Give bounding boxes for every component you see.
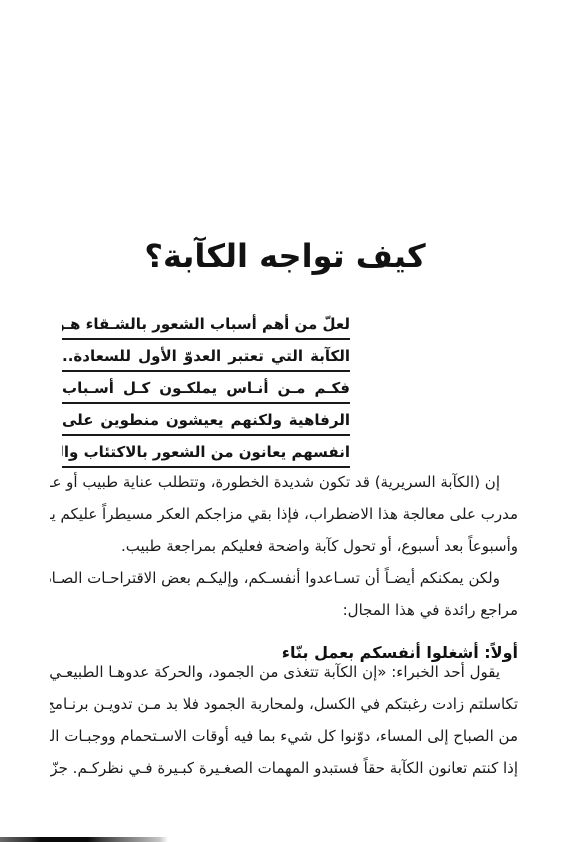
intro-paragraph: لعلّ من أهم أسباب الشعور بالشـقاء هـو ال… [62,312,350,472]
intro-line: لعلّ من أهم أسباب الشعور بالشـقاء هـو [62,312,350,340]
intro-line: فكـم مـن أنـاس يملكـون كـل أسـباب [62,376,350,404]
paragraph-line: إن (الكآبة السريرية) قد تكون شديدة الخطو… [50,466,518,498]
paragraph-clinical-depression: إن (الكآبة السريرية) قد تكون شديدة الخطو… [50,466,518,562]
paragraph-line: تكاسلتم زادت رغبتكم في الكسل، ولمحاربة ا… [50,688,518,720]
paragraph-line: إذا كنتم تعانون الكآبة حقاً فستبدو المهم… [50,752,518,784]
paragraph-line: مراجع رائدة في هذا المجال: [50,594,518,626]
paragraph-line: مدرب على معالجة هذا الاضطراب، فإذا بقي م… [50,498,518,530]
intro-line: الرفاهية ولكنهم يعيشون منطوين على [62,408,350,436]
paragraph-line: وأسبوعاً بعد أسبوع، أو تحول كآبة واضحة ف… [50,530,518,562]
page-title: كيف تواجه الكآبة؟ [50,237,520,275]
paragraph-expert-advice: يقول أحد الخبراء: «إن الكآبة تتغذى من ال… [50,656,518,784]
paragraph-line: ولكن يمكنكم أيضـاً أن تسـاعدوا أنفسـكم، … [50,562,518,594]
paragraph-help-yourself: ولكن يمكنكم أيضـاً أن تسـاعدوا أنفسـكم، … [50,562,518,626]
intro-line: الكآبة التي تعتبر العدوّ الأول للسعادة.. [62,344,350,372]
paragraph-line: من الصباح إلى المساء، دوّنوا كل شيء بما … [50,720,518,752]
scanner-edge-artifact [0,837,168,842]
book-page: كيف تواجه الكآبة؟ لعلّ من أهم أسباب الشع… [0,0,575,842]
intro-line: انفسهم يعانون من الشعور بالاكتئاب والقلق… [62,440,350,468]
paragraph-line: يقول أحد الخبراء: «إن الكآبة تتغذى من ال… [50,656,518,688]
